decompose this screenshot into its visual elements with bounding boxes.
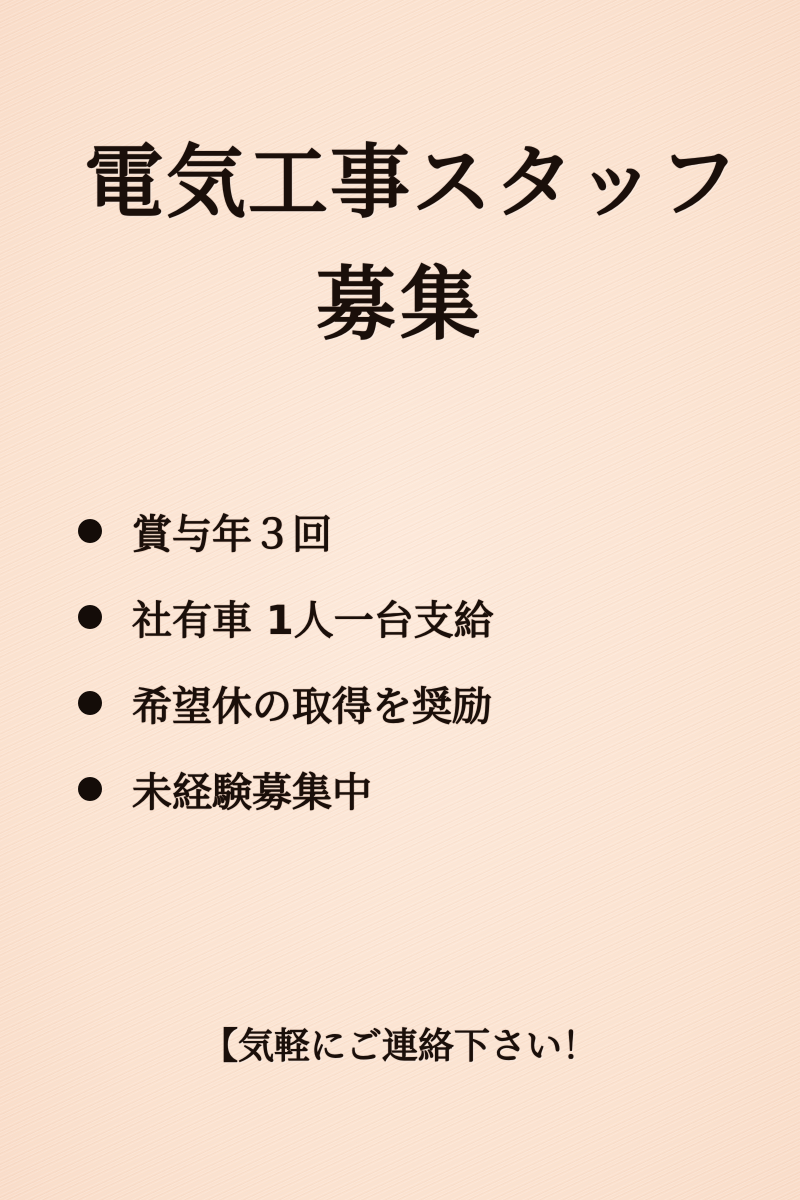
bullet-dot-icon [78,777,102,801]
poster-subtitle: 募集 [0,240,800,355]
benefit-text: 希望休の取得を奨励 [132,675,492,732]
benefit-item: 未経験募集中 [78,746,494,832]
job-poster: 電気工事スタッフ 募集 賞与年３回 社有車 1人一台支給 希望休の取得を奨励 未… [0,0,800,1200]
poster-title: 電気工事スタッフ [0,118,800,233]
benefit-item: 賞与年３回 [78,488,494,574]
benefit-item: 希望休の取得を奨励 [78,660,494,746]
call-to-action: 【気軽にご連絡下さい！ [0,1018,800,1069]
benefits-list: 賞与年３回 社有車 1人一台支給 希望休の取得を奨励 未経験募集中 [78,488,494,832]
bullet-dot-icon [78,691,102,715]
benefit-text: 社有車 1人一台支給 [132,589,494,646]
bullet-dot-icon [78,519,102,543]
bullet-dot-icon [78,605,102,629]
benefit-text: 賞与年３回 [132,503,332,560]
benefit-item: 社有車 1人一台支給 [78,574,494,660]
benefit-text: 未経験募集中 [132,761,372,818]
